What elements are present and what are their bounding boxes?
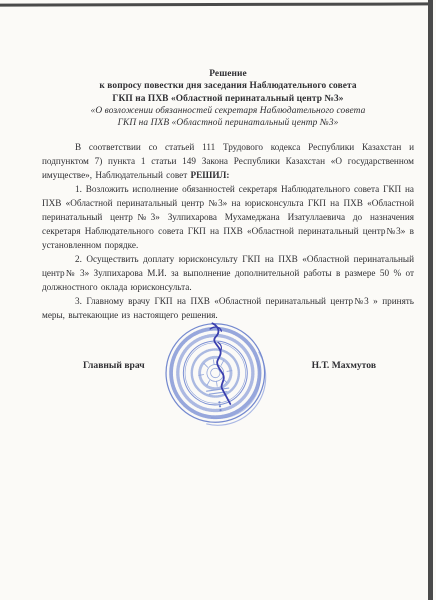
scanned-document-page: Решение к вопросу повестки дня заседания… [0,0,436,600]
signer-name: Н.Т. Махмутов [312,360,376,372]
title-line: к вопросу повестки дня заседания Наблюда… [42,80,414,92]
stamp-icon [162,318,274,434]
decision-item-1: 1. Возложить исполнение обязанностей сек… [42,182,414,252]
title-line: ГКП на ПХВ «Областной перинатальный цент… [42,93,414,105]
official-stamp-seal [162,318,274,434]
document-subtitle: «О возложении обязанностей секретаря Наб… [42,105,414,130]
title-line: Решение [42,68,414,80]
document-text: В соответствии со статьей 111 Трудового … [42,140,414,322]
scan-edge-right [428,0,433,600]
scan-edge-top [0,2,431,6]
decision-item-2: 2. Осуществить доплату юрисконсульту ГКП… [42,252,414,294]
subtitle-line: ГКП на ПХВ «Областной перинатальный цент… [42,117,414,129]
intro-paragraph: В соответствии со статьей 111 Трудового … [42,140,414,182]
document-title: Решение к вопросу повестки дня заседания… [42,68,414,105]
resolved-keyword: РЕШИЛ: [191,170,230,180]
signer-role: Главный врач [83,360,145,372]
subtitle-line: «О возложении обязанностей секретаря Наб… [42,105,414,117]
